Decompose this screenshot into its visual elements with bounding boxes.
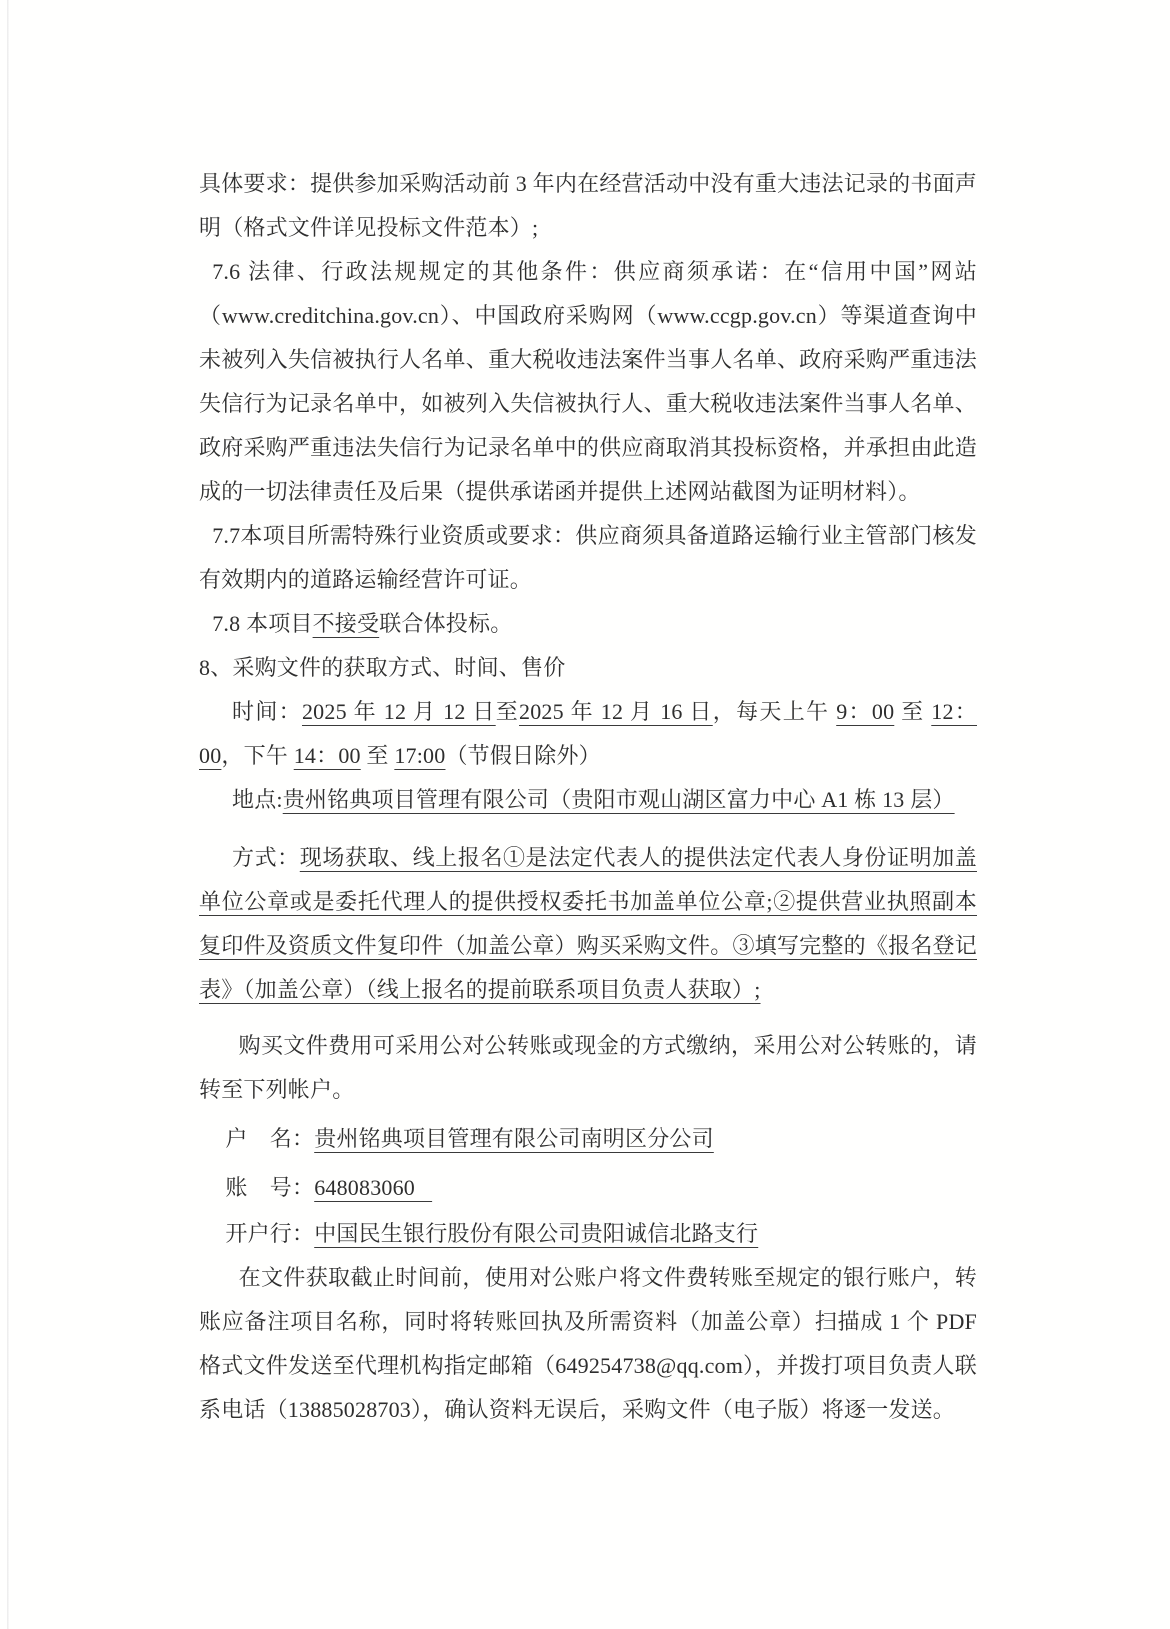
text-run: 账 号： (225, 1175, 314, 1200)
text-run: 开户行： (225, 1221, 314, 1246)
text-run: 购买文件费用可采用公对公转账或现金的方式缴纳，采用公对公转账的，请转至下列帐户。 (199, 1033, 977, 1102)
underlined-text: 贵州铭典项目管理有限公司南明区分公司 (314, 1126, 714, 1151)
text-run: 在文件获取截止时间前，使用对公账户将文件费转账至规定的银行账户，转账应备注项目名… (199, 1265, 977, 1422)
para-location: 地点:贵州铭典项目管理有限公司（贵阳市观山湖区富力中心 A1 栋 13 层） (199, 778, 977, 822)
para-payment-note: 购买文件费用可采用公对公转账或现金的方式缴纳，采用公对公转账的，请转至下列帐户。 (199, 1024, 977, 1112)
para-requirement-continued: 具体要求：提供参加采购活动前 3 年内在经营活动中没有重大违法记录的书面声明（格… (199, 162, 977, 250)
page-left-scan-edge (7, 0, 9, 1629)
para-7-8-no-consortium: 7.8 本项目不接受联合体投标。 (199, 602, 977, 646)
underlined-text: 648083060 (314, 1175, 432, 1200)
text-run: 户 名： (225, 1126, 314, 1151)
para-bank-branch: 开户行：中国民生银行股份有限公司贵阳诚信北路支行 (199, 1212, 977, 1256)
text-run: 联合体投标。 (379, 611, 512, 636)
text-run: 7.7本项目所需特殊行业资质或要求：供应商须具备道路运输行业主管部门核发有效期内… (199, 523, 977, 592)
text-run: 至 (496, 699, 519, 724)
para-8-heading: 8、采购文件的获取方式、时间、售价 (199, 646, 977, 690)
document-body: 具体要求：提供参加采购活动前 3 年内在经营活动中没有重大违法记录的书面声明（格… (199, 162, 977, 1432)
para-7-7-special-qualification: 7.7本项目所需特殊行业资质或要求：供应商须具备道路运输行业主管部门核发有效期内… (199, 514, 977, 602)
para-7-6-other-conditions: 7.6 法律、行政法规规定的其他条件：供应商须承诺：在“信用中国”网站（www.… (199, 250, 977, 514)
underlined-text: 中国民生银行股份有限公司贵阳诚信北路支行 (314, 1221, 758, 1246)
para-time: 时间：2025 年 12 月 12 日至2025 年 12 月 16 日，每天上… (199, 690, 977, 778)
text-run: 时间： (232, 699, 302, 724)
para-account-number: 账 号：648083060 (199, 1166, 977, 1210)
text-run: ，下午 (221, 743, 293, 768)
text-run: ，每天上午 (713, 699, 836, 724)
text-run: 8、采购文件的获取方式、时间、售价 (199, 655, 565, 680)
text-run: 具体要求：提供参加采购活动前 3 年内在经营活动中没有重大违法记录的书面声明（格… (199, 171, 977, 240)
text-run: 7.6 法律、行政法规规定的其他条件：供应商须承诺：在“信用中国”网站（www.… (199, 259, 977, 504)
para-account-name: 户 名：贵州铭典项目管理有限公司南明区分公司 (199, 1117, 977, 1161)
text-run: 至 (361, 743, 395, 768)
underlined-text: 不接受 (313, 611, 380, 636)
text-run: 方式： (232, 845, 300, 870)
underlined-text: 2025 年 12 月 16 日 (519, 699, 713, 724)
underlined-text: 2025 年 12 月 12 日 (302, 699, 496, 724)
text-run: （节假日除外） (445, 743, 600, 768)
text-run: 地点: (232, 787, 283, 812)
document-page: 具体要求：提供参加采购活动前 3 年内在经营活动中没有重大违法记录的书面声明（格… (0, 0, 1170, 1629)
para-transfer-instructions: 在文件获取截止时间前，使用对公账户将文件费转账至规定的银行账户，转账应备注项目名… (199, 1256, 977, 1432)
underlined-text: 14：00 (294, 743, 361, 768)
underlined-text: 现场获取、线上报名①是法定代表人的提供法定代表人身份证明加盖单位公章或是委托代理… (199, 845, 977, 1002)
text-run: 至 (894, 699, 931, 724)
text-run: 7.8 本项目 (212, 611, 312, 636)
underlined-text: 贵州铭典项目管理有限公司（贵阳市观山湖区富力中心 A1 栋 13 层） (283, 787, 955, 812)
underlined-text: 9：00 (836, 699, 894, 724)
underlined-text: 17:00 (394, 743, 445, 768)
para-method: 方式：现场获取、线上报名①是法定代表人的提供法定代表人身份证明加盖单位公章或是委… (199, 836, 977, 1012)
